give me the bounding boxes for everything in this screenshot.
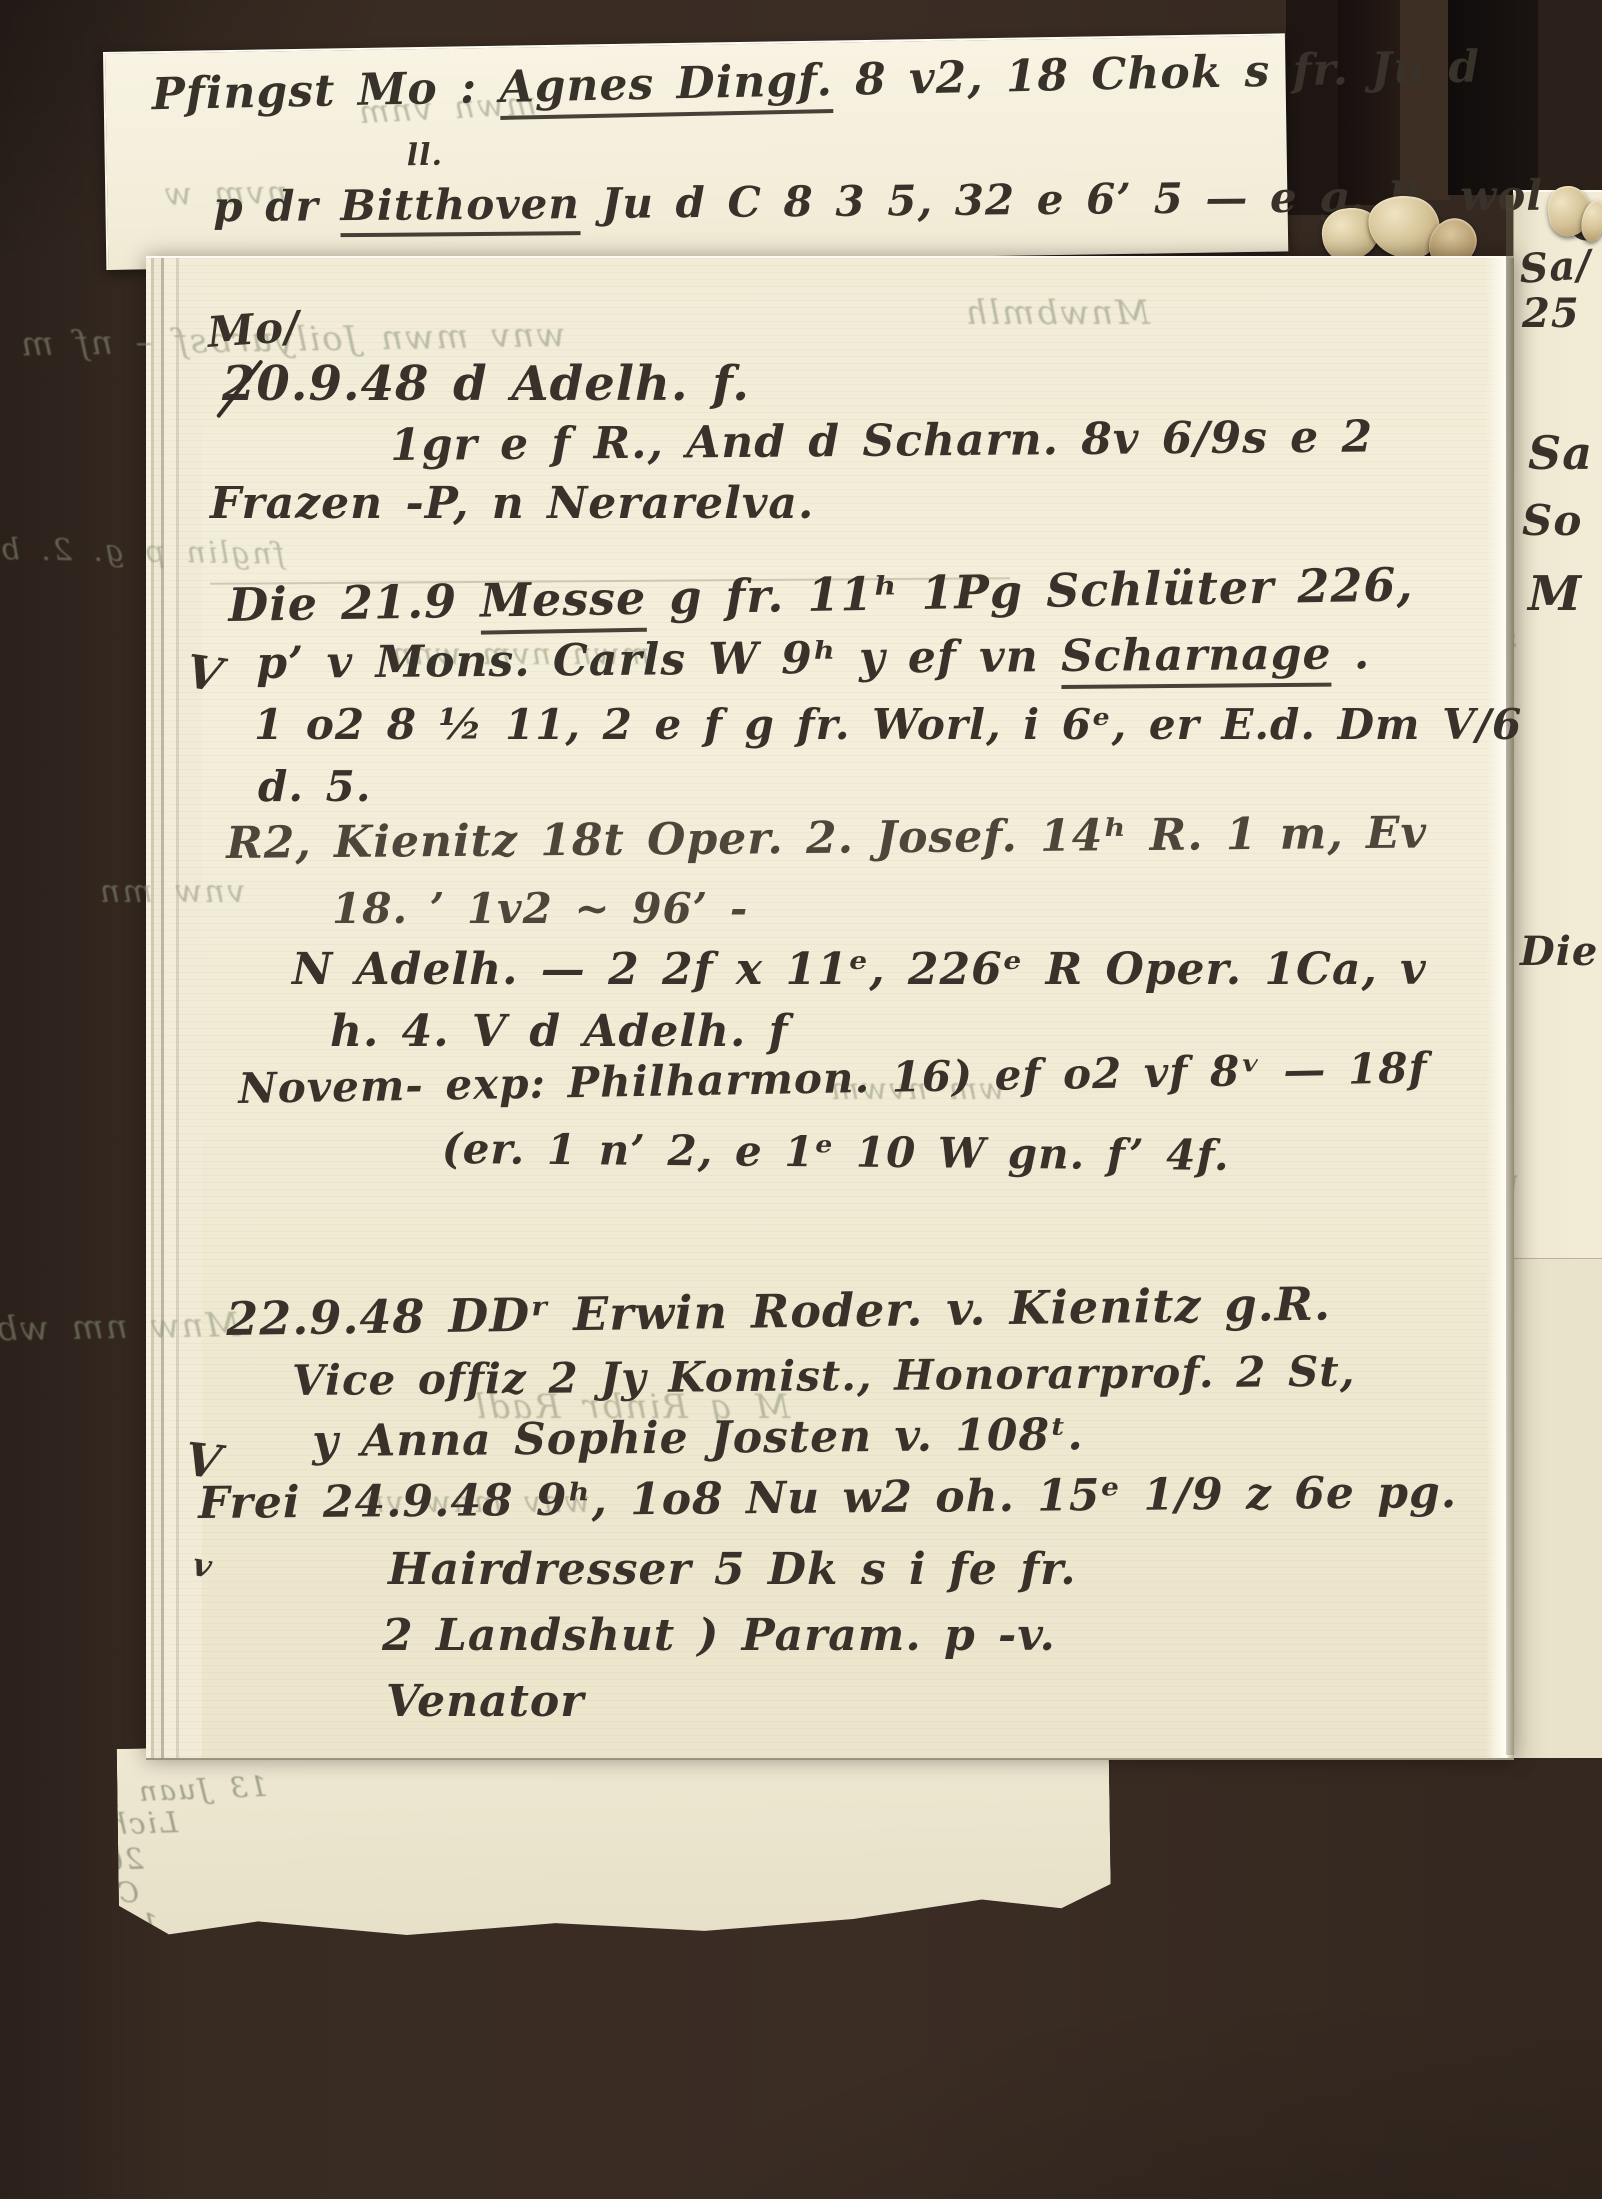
entry-line: Vice offiz 2 Jy Komist., Honorarprof. 2 … [292, 1351, 1356, 1402]
strip-entry-line: Pfingst Mo : Agnes Dingf. 8 v2, 18 Chok … [151, 45, 1480, 117]
entry-line: y Anna Sophie Josten v. 108ᵗ. [312, 1413, 1084, 1464]
ghost-line: Clannede. [89, 1941, 240, 1969]
l4-underlined: Messe [480, 571, 647, 635]
margin-checkmark: V [184, 648, 227, 699]
entry-line: d. 5. [258, 766, 371, 808]
entry-line: Venator [386, 1680, 584, 1724]
l5-underlined: Scharnage [1061, 629, 1332, 689]
right-page-lower-sheet [1513, 1250, 1602, 1758]
entry-line: (er. 1 n’ 2, e 1ᵉ 10 W gn. f’ 4f. [442, 1128, 1230, 1177]
ghost-line: Lichtengraphden vf 15t. Apr 2 g, 19e6e S… [0, 1808, 178, 1863]
bottom-page: 13 Juan g 15t. Agnes g. 19e 6 Cto v. Lic… [117, 1735, 1112, 1945]
right-fragment: Sa [1528, 430, 1593, 476]
strip-sub-mark: ll. [406, 141, 443, 172]
right-facing-page: C Sa/ 25 Sa So M Die gnw mnv wn m [1513, 190, 1602, 1259]
entry-line: 1 o2 8 ½ 11, 2 e f g fr. Worl, i 6ᵉ, er … [254, 704, 1522, 746]
right-fragment: So [1522, 500, 1582, 542]
ghost-line: 1 Feh, 2.5 gl 1P g so Nawne W oe ggr Rir… [0, 1910, 160, 1964]
entry-line: 2 Landshut ) Param. p -v. [382, 1614, 1056, 1658]
entry-line: Frei 24.9.48 9ʰ, 1o8 Nu w2 oh. 15ᵉ 1/9 z… [198, 1471, 1457, 1526]
right-fragment: M [1528, 570, 1582, 618]
entry-line: 18. ’ 1v2 ~ 96’ - [332, 888, 748, 930]
ghost-line: vnw mn [98, 875, 245, 907]
strip-line1-pre: Pfingst Mo : [151, 62, 500, 120]
strip-line2-underlined: Bitthoven [340, 179, 580, 237]
spine-band [1448, 0, 1540, 195]
entry-date: 22.9.48 DDʳ Erwin Roder. v. Kienitz g.R. [226, 1281, 1331, 1342]
top-strip-page: mwn vnm nvm w Pfingst Mo : Agnes Dingf. … [103, 33, 1288, 270]
entry-line: p’ v Mons. Carls W 9ʰ y ef vn Scharnage … [256, 632, 1370, 686]
strip-line2-pre: p dr [213, 181, 341, 231]
l4-pre: Die 21.9 [228, 574, 481, 632]
strip-line1-underlined: Agnes Dingf. [499, 55, 833, 120]
right-fragment: Die [1520, 932, 1598, 972]
right-fragment: 25 [1522, 294, 1580, 334]
entry-line: N Adelh. — 2 2f x 11ᵉ, 226ᵉ R Oper. 1Ca,… [292, 948, 1427, 992]
spine-band [1538, 0, 1602, 190]
entry-line: R2, Kienitz 18t Oper. 2. Josef. 14ʰ R. 1… [226, 812, 1427, 866]
gutter-shadow [1506, 195, 1514, 1755]
entry-line: h. 4. V d Adelh. f [330, 1010, 789, 1054]
ghost-line: Mnwbmlh [963, 296, 1150, 330]
entry-line: Frazen -P, n Nerarelva. [210, 482, 814, 526]
entry-line: 1gr e f R., And d Scharn. 8v 6/9s e 2 [390, 415, 1373, 468]
l5-pre: p’ v Mons. Carls W 9ʰ y ef vn [256, 631, 1061, 689]
entry-line: Hairdresser 5 Dk s i fe fr. [388, 1548, 1077, 1592]
ghost-line: Mnw nm wbm [0, 1308, 241, 1347]
l5-post: . [1331, 628, 1370, 679]
spine-band [1400, 0, 1450, 200]
right-fragment: Sa/ [1518, 245, 1593, 290]
ghost-line: C wilts; p3 - (mot. Janetin) g stiren, v… [0, 1879, 139, 1930]
ghost-line: fnglin p g. 2. bny [0, 534, 285, 570]
day-label: Mo/ [206, 306, 302, 354]
photo-scene: 13 Juan g 15t. Agnes g. 19e 6 Cto v. Lic… [0, 0, 1602, 2199]
entry-date: 20.9.48 d Adelh. f. [222, 360, 750, 408]
